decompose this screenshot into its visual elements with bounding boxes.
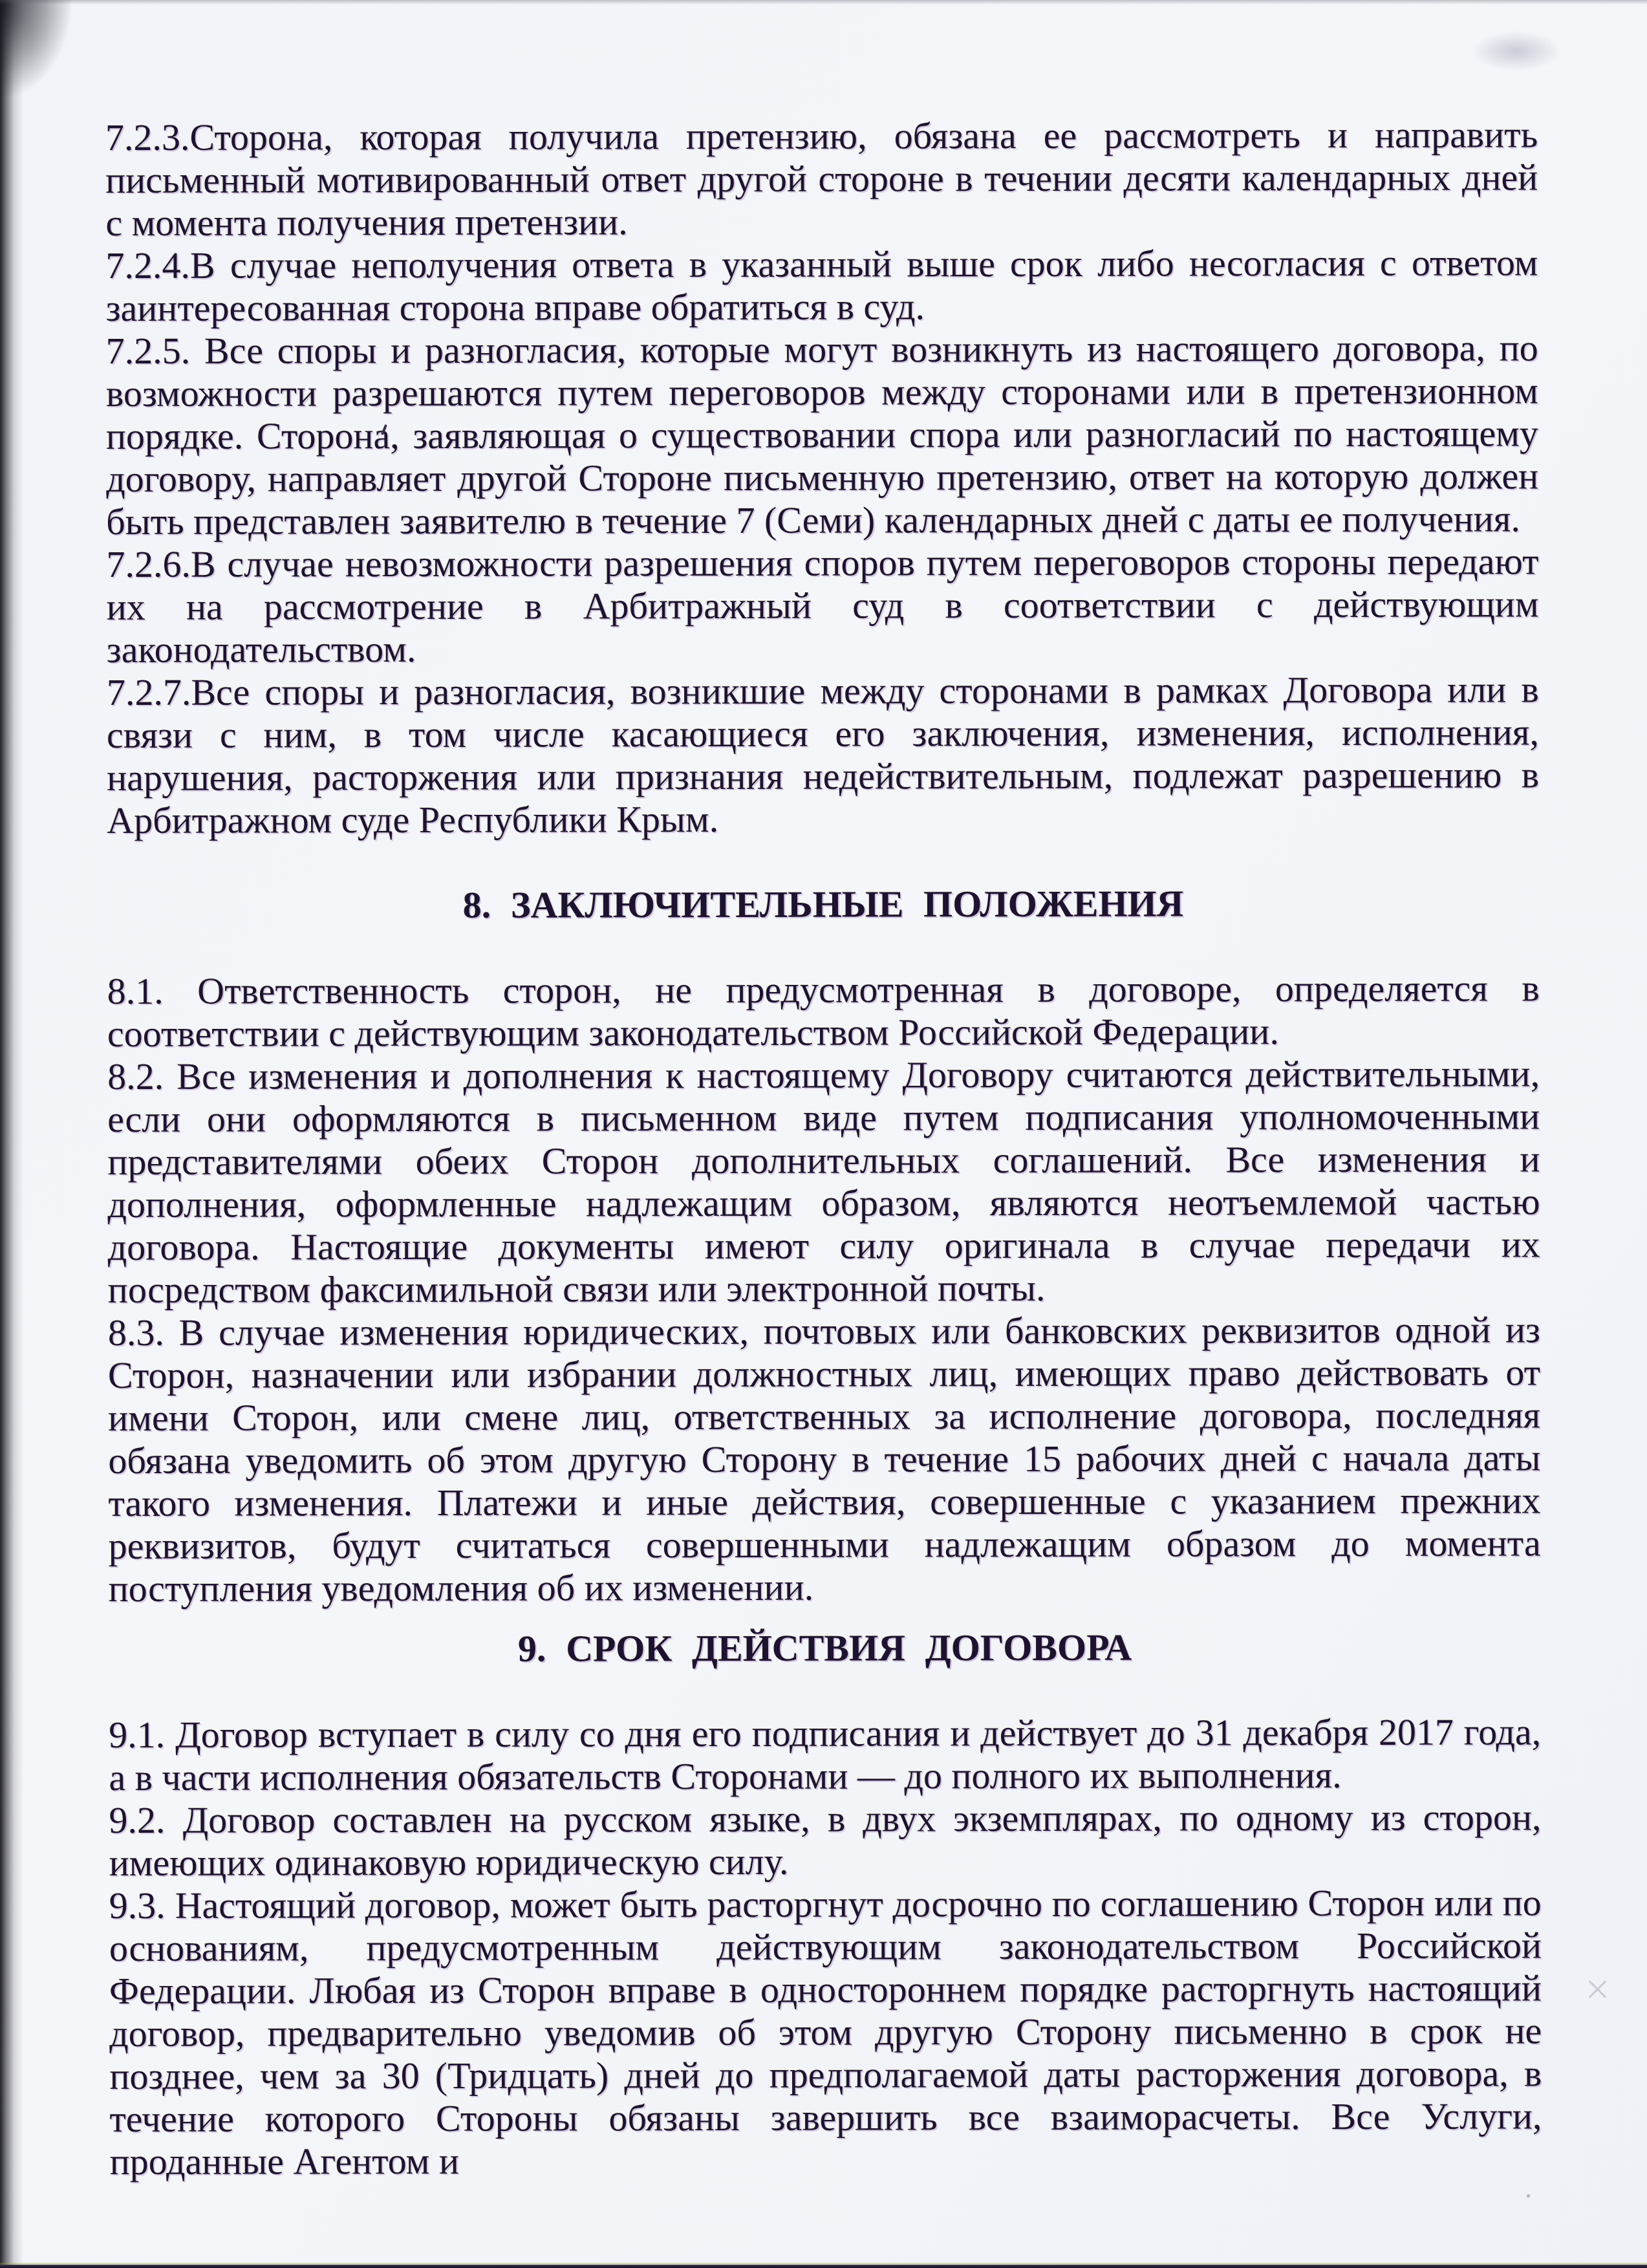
scan-edge-top-shadow (0, 0, 1647, 5)
paragraph-9-2: 9.2. Договор составлен на русском языке,… (109, 1796, 1541, 1885)
section-9-heading: 9. СРОК ДЕЙСТВИЯ ДОГОВОРА (109, 1625, 1541, 1671)
paragraph-7-2-5: 7.2.5. Все споры и разногласия, которые … (106, 327, 1539, 543)
paragraph-7-2-4: 7.2.4.В случае неполучения ответа в указ… (105, 241, 1538, 330)
contract-text: 7.2.3.Сторона, которая получила претензи… (105, 113, 1542, 2183)
paragraph-9-3: 9.3. Настоящий договор, может быть расто… (109, 1881, 1542, 2183)
paragraph-7-2-7: 7.2.7.Все споры и разногласия, возникшие… (107, 668, 1540, 842)
scan-smudge-top-right (1471, 31, 1562, 71)
paragraph-8-1: 8.1. Ответственность сторон, не предусмо… (107, 967, 1540, 1055)
scanned-contract-page: { "doc": { "kind": "scanned contract pag… (0, 0, 1647, 2268)
pencil-x-mark (1586, 1978, 1609, 2001)
paragraph-7-2-6: 7.2.6.В случае невозможности разрешения … (106, 540, 1538, 671)
scan-edge-bottom-shadow (0, 2265, 1647, 2268)
paragraph-8-3: 8.3. В случае изменения юридических, поч… (108, 1308, 1541, 1610)
scan-edge-left-shadow (0, 0, 23, 2268)
scan-corner-top-left-shadow (0, 0, 71, 97)
paragraph-9-1: 9.1. Договор вступает в силу со дня его … (109, 1711, 1541, 1799)
paragraph-7-2-3: 7.2.3.Сторона, которая получила претензи… (105, 113, 1538, 244)
paragraph-8-2: 8.2. Все изменения и дополнения к настоя… (107, 1052, 1540, 1312)
dot-speck-artifact (1527, 2194, 1530, 2198)
section-8-heading: 8. ЗАКЛЮЧИТЕЛЬНЫЕ ПОЛОЖЕНИЯ (107, 881, 1539, 927)
